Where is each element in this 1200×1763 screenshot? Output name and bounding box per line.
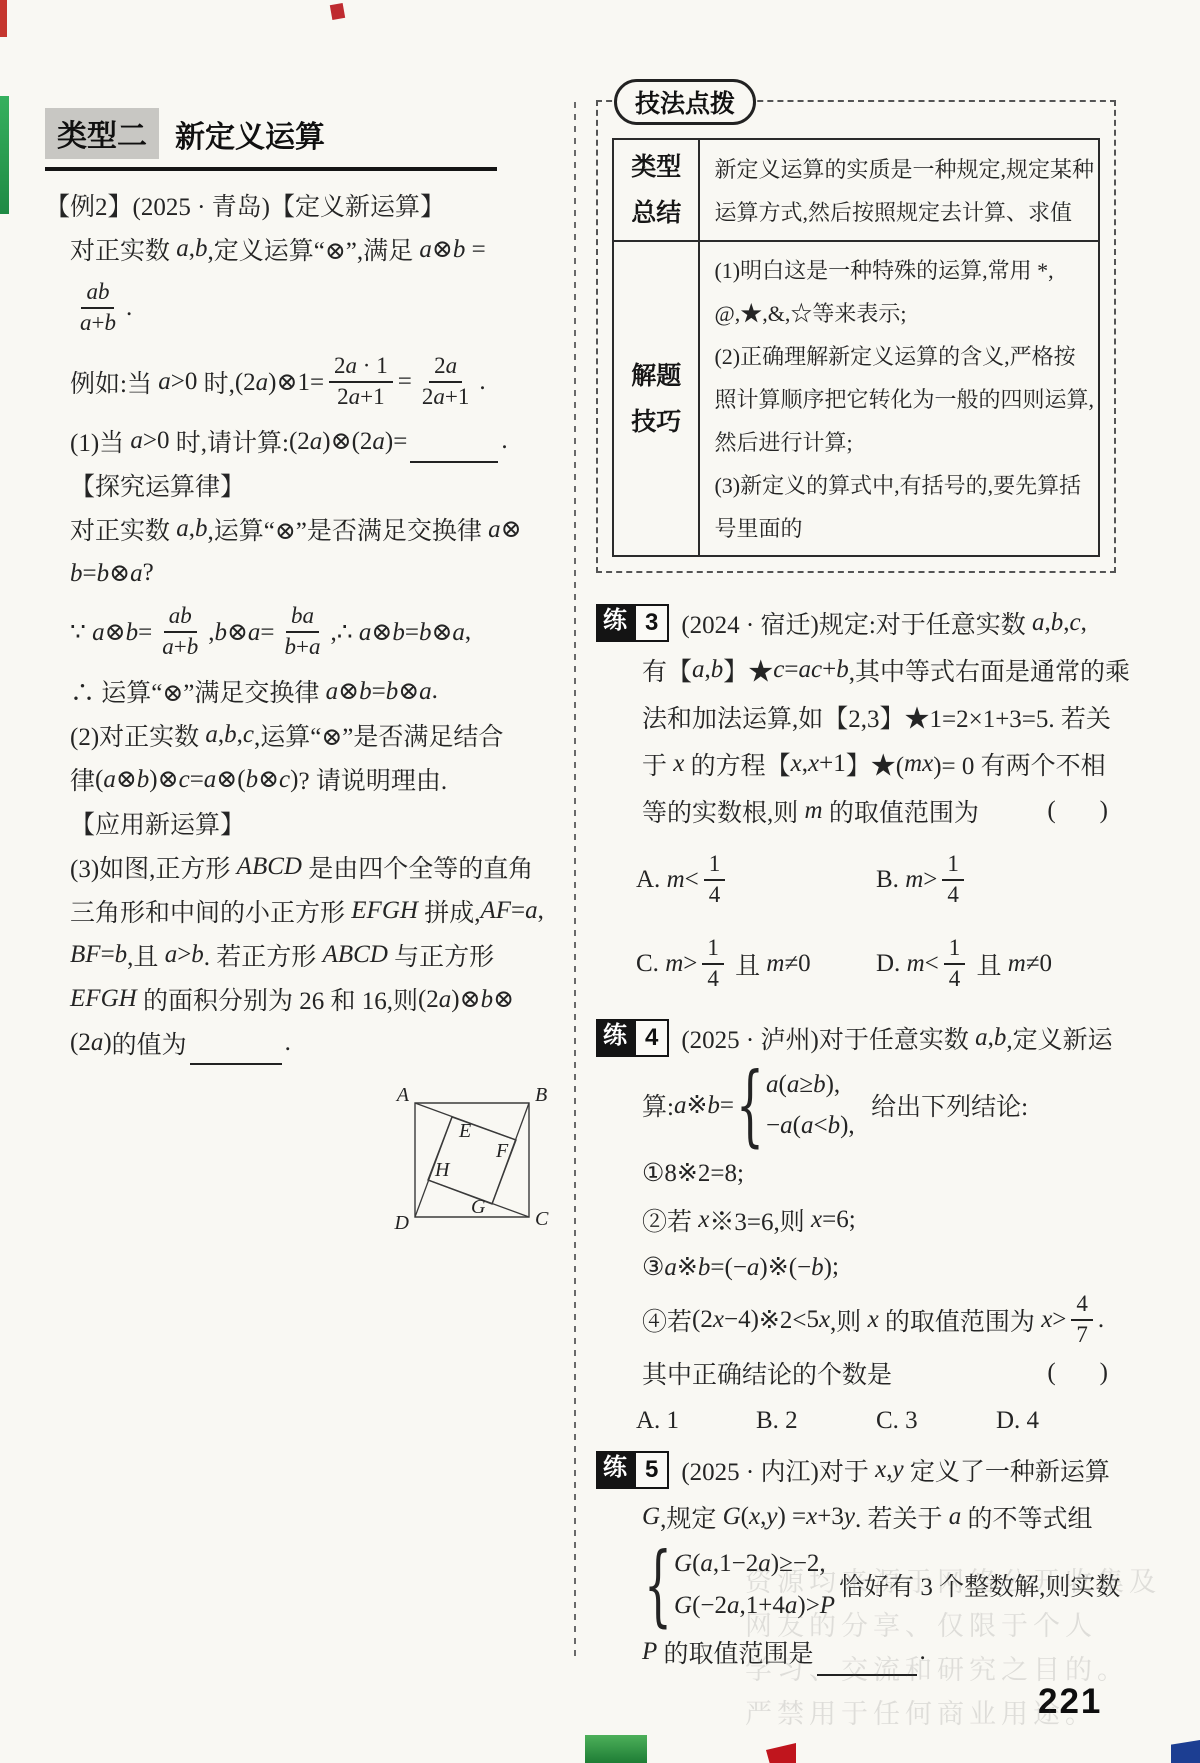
page-number: 221: [1038, 1682, 1102, 1722]
figure-wrap: A B C D E F G H: [383, 1081, 515, 1238]
text-line: 等的实数根,则 m 的取值范围为(): [596, 787, 1116, 834]
header-rule: [45, 167, 497, 171]
exercise-4-body: 练4(2025 · 泸州)对于任意实数 a,b,定义新运算:a※b={a(a≥b…: [596, 1014, 1116, 1397]
vertex-label-A: A: [395, 1084, 410, 1106]
text-line: 新定义运算的实质是一种规定,规定某种: [714, 147, 1094, 190]
tips-row-solving-skills: 解题 技巧 (1)明白这是一种特殊的运算,常用 *,@,★,&,☆等来表示;(2…: [613, 241, 1099, 556]
text-line: 律(a⊗b)⊗c=a⊗(b⊗c)? 请说明理由.: [70, 757, 515, 801]
text-line: 练5(2025 · 内江)对于 x,y 定义了一种新运算: [596, 1447, 1116, 1494]
text-line: D. 4: [996, 1397, 1116, 1445]
vertex-label-C: C: [535, 1208, 549, 1230]
bottom-mark-green: [585, 1735, 647, 1763]
vertex-label-E: E: [458, 1120, 471, 1142]
tips-box: 技法点拨 类型 总结 新定义运算的实质是一种规定,规定某种运算方式,然后按照规定…: [596, 100, 1116, 573]
exercise-4: 练4(2025 · 泸州)对于任意实数 a,b,定义新运算:a※b={a(a≥b…: [596, 1014, 1116, 1445]
exercise-5-body: 练5(2025 · 内江)对于 x,y 定义了一种新运算G,规定 G(x,y) …: [596, 1447, 1116, 1676]
text-line: 三角形和中间的小正方形 EFGH 拼成,AF=a,: [70, 889, 515, 933]
bottom-mark-blue: [1171, 1740, 1200, 1763]
text-line: 【探究运算律】: [70, 463, 515, 507]
text-line: B. 2: [756, 1397, 876, 1445]
vertex-label-D: D: [394, 1212, 410, 1233]
text-line: (1)当 a>0 时,请计算:(2a)⊗(2a)=.: [70, 419, 515, 463]
text-line: 对正实数 a,b,运算“⊗”是否满足交换律 a⊗: [70, 507, 515, 551]
text-line: (2)正确理解新定义运算的含义,严格按: [714, 334, 1094, 377]
text-line: G,规定 G(x,y) =x+3y. 若关于 a 的不等式组: [596, 1494, 1116, 1541]
text-line: 其中正确结论的个数是(): [596, 1350, 1116, 1397]
textbook-page: 类型二 新定义运算 【例2】(2025 · 青岛)【定义新运算】对正实数 a,b…: [0, 0, 1200, 1763]
text-line: 照计算顺序把它转化为一般的四则运算,: [714, 377, 1094, 420]
exercise-label: 练3: [596, 604, 669, 642]
tips-head-type-summary: 类型 总结: [613, 139, 699, 241]
text-line: C. m>14 且 m≠0: [636, 922, 876, 1006]
exercise-3-body: 练3(2024 · 宿迁)规定:对于任意实数 a,b,c,有【a,b】★c=ac…: [596, 599, 1116, 834]
vertex-label-G: G: [471, 1196, 486, 1218]
text-line: (2a)的值为.: [70, 1021, 515, 1065]
edge-mark-red: [0, 0, 7, 37]
tips-head-solving-skills: 解题 技巧: [613, 241, 699, 556]
tips-body-solving-skills: (1)明白这是一种特殊的运算,常用 *,@,★,&,☆等来表示;(2)正确理解新…: [699, 241, 1099, 556]
text-line: 号里面的: [714, 506, 1094, 549]
text-line: A. 1: [636, 1397, 756, 1445]
text-line: 运算方式,然后按照规定去计算、求值: [714, 190, 1094, 233]
exercise-3: 练3(2024 · 宿迁)规定:对于任意实数 a,b,c,有【a,b】★c=ac…: [596, 599, 1116, 1006]
section-title: 新定义运算: [175, 112, 325, 156]
tips-head-line: 技巧: [618, 399, 694, 445]
exercise-5: 练5(2025 · 内江)对于 x,y 定义了一种新运算G,规定 G(x,y) …: [596, 1447, 1116, 1676]
text-line: (3)如图,正方形 ABCD 是由四个全等的直角: [70, 845, 515, 889]
text-line: ∴ 运算“⊗”满足交换律 a⊗b=b⊗a.: [70, 669, 515, 713]
text-line: 对正实数 a,b,定义运算“⊗”,满足 a⊗b =: [70, 227, 515, 271]
text-line: 然后进行计算;: [714, 420, 1094, 463]
text-line: 有【a,b】★c=ac+b,其中等式右面是通常的乘: [596, 646, 1116, 693]
tips-body-type-summary: 新定义运算的实质是一种规定,规定某种运算方式,然后按照规定去计算、求值: [699, 139, 1099, 241]
text-line: 于 x 的方程【x,x+1】★(mx)= 0 有两个不相: [596, 740, 1116, 787]
tips-head-line: 总结: [618, 190, 694, 236]
text-line: aba+b.: [70, 271, 515, 345]
geometry-figure: A B C D E F G H: [383, 1081, 555, 1233]
text-line: 例如:当 a>0 时,(2a)⊗1=2a · 12a+1=2a2a+1.: [70, 345, 515, 419]
text-line: 练4(2025 · 泸州)对于任意实数 a,b,定义新运: [596, 1014, 1116, 1061]
left-column: 类型二 新定义运算 【例2】(2025 · 青岛)【定义新运算】对正实数 a,b…: [45, 108, 515, 1238]
tips-head-line: 类型: [618, 144, 694, 190]
text-line: 严禁用于任何商业用途。: [745, 1692, 1200, 1736]
vertex-label-F: F: [495, 1140, 509, 1162]
tips-row-type-summary: 类型 总结 新定义运算的实质是一种规定,规定某种运算方式,然后按照规定去计算、求…: [613, 139, 1099, 241]
edge-mark-green: [0, 96, 9, 214]
text-line: {G(a,1−2a)≥−2,G(−2a,1+4a)>P恰好有 3 个整数解,则实…: [596, 1541, 1116, 1629]
text-line: ①8※2=8;: [596, 1149, 1116, 1196]
right-column: 技法点拨 类型 总结 新定义运算的实质是一种规定,规定某种运算方式,然后按照规定…: [596, 100, 1116, 1678]
text-line: 练3(2024 · 宿迁)规定:对于任意实数 a,b,c,: [596, 599, 1116, 646]
text-line: ④若(2x−4)※2<5x,则 x 的取值范围为 x>47.: [596, 1290, 1116, 1350]
column-divider: [574, 102, 576, 1658]
exercise-3-options: A. m<14B. m>14C. m>14 且 m≠0D. m<14 且 m≠0: [596, 838, 1116, 1006]
tips-box-title: 技法点拨: [614, 79, 756, 125]
text-line: 算:a※b={a(a≥b),−a(a<b), 给出下列结论:: [596, 1061, 1116, 1149]
tips-table: 类型 总结 新定义运算的实质是一种规定,规定某种运算方式,然后按照规定去计算、求…: [612, 138, 1100, 557]
text-line: 【例2】(2025 · 青岛)【定义新运算】: [45, 183, 515, 227]
text-line: EFGH 的面积分别为 26 和 16,则(2a)⊗b⊗: [70, 977, 515, 1021]
text-line: ②若 x※3=6,则 x=6;: [596, 1196, 1116, 1243]
text-line: D. m<14 且 m≠0: [876, 922, 1116, 1006]
text-line: (2)对正实数 a,b,c,运算“⊗”是否满足结合: [70, 713, 515, 757]
tips-head-line: 解题: [618, 353, 694, 399]
text-line: C. 3: [876, 1397, 996, 1445]
example-2-body: 【例2】(2025 · 青岛)【定义新运算】对正实数 a,b,定义运算“⊗”,满…: [45, 183, 515, 1065]
exercise-label: 练4: [596, 1019, 669, 1057]
vertex-label-B: B: [535, 1084, 547, 1106]
section-header: 类型二 新定义运算: [45, 108, 515, 159]
exercise-label: 练5: [596, 1451, 669, 1489]
exercise-4-options: A. 1B. 2C. 3D. 4: [596, 1397, 1116, 1445]
text-line: B. m>14: [876, 838, 1116, 922]
section-tag: 类型二: [45, 108, 159, 159]
text-line: BF=b,且 a>b. 若正方形 ABCD 与正方形: [70, 933, 515, 977]
text-line: @,★,&,☆等来表示;: [714, 291, 1094, 334]
text-line: (1)明白这是一种特殊的运算,常用 *,: [714, 248, 1094, 291]
text-line: 【应用新运算】: [70, 801, 515, 845]
text-line: A. m<14: [636, 838, 876, 922]
text-line: ③a※b=(−a)※(−b);: [596, 1243, 1116, 1290]
text-line: 法和加法运算,如【2,3】★1=2×1+3=5. 若关: [596, 693, 1116, 740]
text-line: ∵ a⊗b=aba+b,b⊗a=bab+a,∴ a⊗b=b⊗a,: [70, 595, 515, 669]
text-line: b=b⊗a?: [70, 551, 515, 595]
text-line: (3)新定义的算式中,有括号的,要先算括: [714, 463, 1094, 506]
bottom-mark-red: [766, 1743, 796, 1763]
edge-tick-red: [330, 3, 345, 20]
vertex-label-H: H: [434, 1159, 451, 1181]
text-line: P 的取值范围是.: [596, 1629, 1116, 1676]
